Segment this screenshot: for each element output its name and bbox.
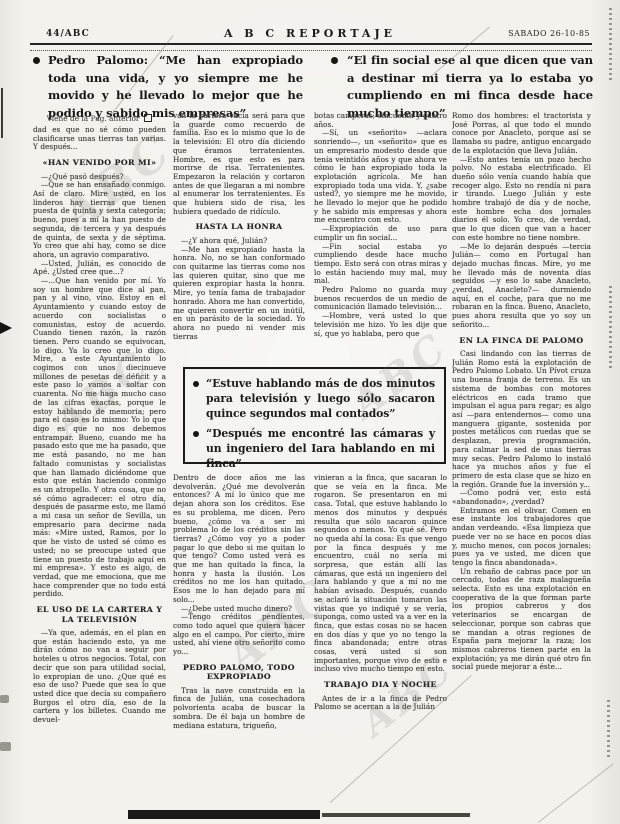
date-label: SABADO 26-10-85 (508, 29, 590, 38)
column-paragraph: Romo dos hombres: el tractorista y José … (452, 112, 591, 156)
column-paragraph: —Me han expropiado hasta la honra. No, n… (173, 246, 305, 342)
column-paragraph: Un rebaño de cabras pace por un cercado,… (452, 568, 591, 672)
margin-mark (0, 742, 11, 751)
pull-quote-text: “Después me encontré las cámaras y un in… (206, 426, 435, 472)
margin-scribble (609, 8, 612, 80)
column-paragraph: botas camperas, cincuenta y cuatro años. (314, 112, 447, 129)
column-paragraph: —Que se han ensañado conmigo. Así de cla… (33, 181, 166, 259)
pull-quote-item: “Después me encontré las cámaras y un in… (193, 426, 435, 472)
column-subhead: PEDRO PALOMO, TODO EXPROPIADO (173, 663, 305, 682)
column-4: Romo dos hombres: el tractorista y José … (452, 112, 591, 806)
column-paragraph: —Me lo dejarán después —tercia Julián— c… (452, 243, 591, 330)
bullet-icon (193, 431, 199, 437)
column-paragraph: Pedro Palomo no guarda muy buenos recuer… (314, 286, 447, 312)
column-paragraph: Tras la nave construida en la finca de J… (173, 687, 305, 731)
column-paragraph: —Fin social estaba yo cumpliendo desde h… (314, 243, 447, 287)
header-rule (30, 43, 592, 51)
column-paragraph: Casi lindando con las tierras de Julián … (452, 350, 591, 489)
margin-mark (0, 695, 9, 703)
column-subhead: HASTA LA HONRA (173, 222, 305, 232)
column-paragraph: Antes de ir a la finca de Pedro Palomo s… (314, 695, 447, 712)
column-paragraph: —...Que han venido por mí. Yo soy un hom… (33, 277, 166, 599)
column-1: dad es que no sé cómo pueden clasificars… (33, 112, 166, 806)
column-2-top: van la cartera vacía será para que la gu… (173, 112, 305, 365)
pull-quote-item: “Estuve hablando más de dos minutos para… (193, 376, 435, 422)
column-paragraph: —Como podrá ver, esto está «abandonado»,… (452, 489, 591, 506)
column-paragraph: dad es que no sé cómo pueden clasificars… (33, 126, 166, 152)
column-paragraph: —Expropiación de uso para cumplir un fin… (314, 225, 447, 242)
column-paragraph: —Usted, Julián, es conocido de Apé. ¿Ust… (33, 260, 166, 277)
column-subhead: «HAN VENIDO POR MI» (33, 158, 166, 168)
column-subhead: EL USO DE LA CARTERA Y LA TELEVISIÓN (33, 605, 166, 624)
column-paragraph: —Esto antes tenía un pozo hecho polvo. N… (452, 156, 591, 243)
bullet-icon (331, 57, 338, 64)
column-3-top: botas camperas, cincuenta y cuatro años.… (314, 112, 447, 365)
column-paragraph: —Sí, un «señorito» —aclara sonriendo—, u… (314, 129, 447, 225)
column-paragraph: —Hombre, verá usted lo que televisión me… (314, 312, 447, 338)
column-paragraph: Entramos en el olivar. Comen en ese inst… (452, 507, 591, 568)
column-1-blocks: dad es que no sé cómo pueden clasificars… (33, 126, 166, 725)
pull-quote-box: “Estuve hablando más de dos minutos para… (183, 367, 446, 464)
margin-scribble (607, 700, 610, 760)
bottom-bar (128, 810, 320, 819)
column-paragraph: Dentro de doce años me las devolverán. ¿… (173, 474, 305, 605)
column-paragraph: van la cartera vacía será para que la gu… (173, 112, 305, 216)
bullet-icon (193, 381, 199, 387)
column-paragraph: —Ya que, además, en el plan en que están… (33, 629, 166, 725)
margin-mark (1, 88, 3, 138)
column-subhead: EN LA FINCA DE PALOMO (452, 336, 591, 346)
column-3-bottom: vinieran a la finca, que sacaran lo que … (314, 474, 447, 790)
column-paragraph: vinieran a la finca, que sacaran lo que … (314, 474, 447, 674)
bullet-icon (33, 57, 40, 64)
margin-arrow-icon (0, 322, 12, 334)
column-subhead: TRABAJO DIA Y NOCHE (314, 680, 447, 690)
column-2-bottom: Dentro de doce años me las devolverán. ¿… (173, 474, 305, 776)
pull-quote-text: “Estuve hablando más de dos minutos para… (206, 376, 435, 422)
newspaper-page: { "header": { "page_label": "44/ABC", "s… (0, 0, 620, 824)
column-paragraph: —Tengo créditos pendientes, como todo aq… (173, 613, 305, 657)
margin-scribble (609, 286, 612, 368)
bottom-bar (322, 813, 470, 817)
